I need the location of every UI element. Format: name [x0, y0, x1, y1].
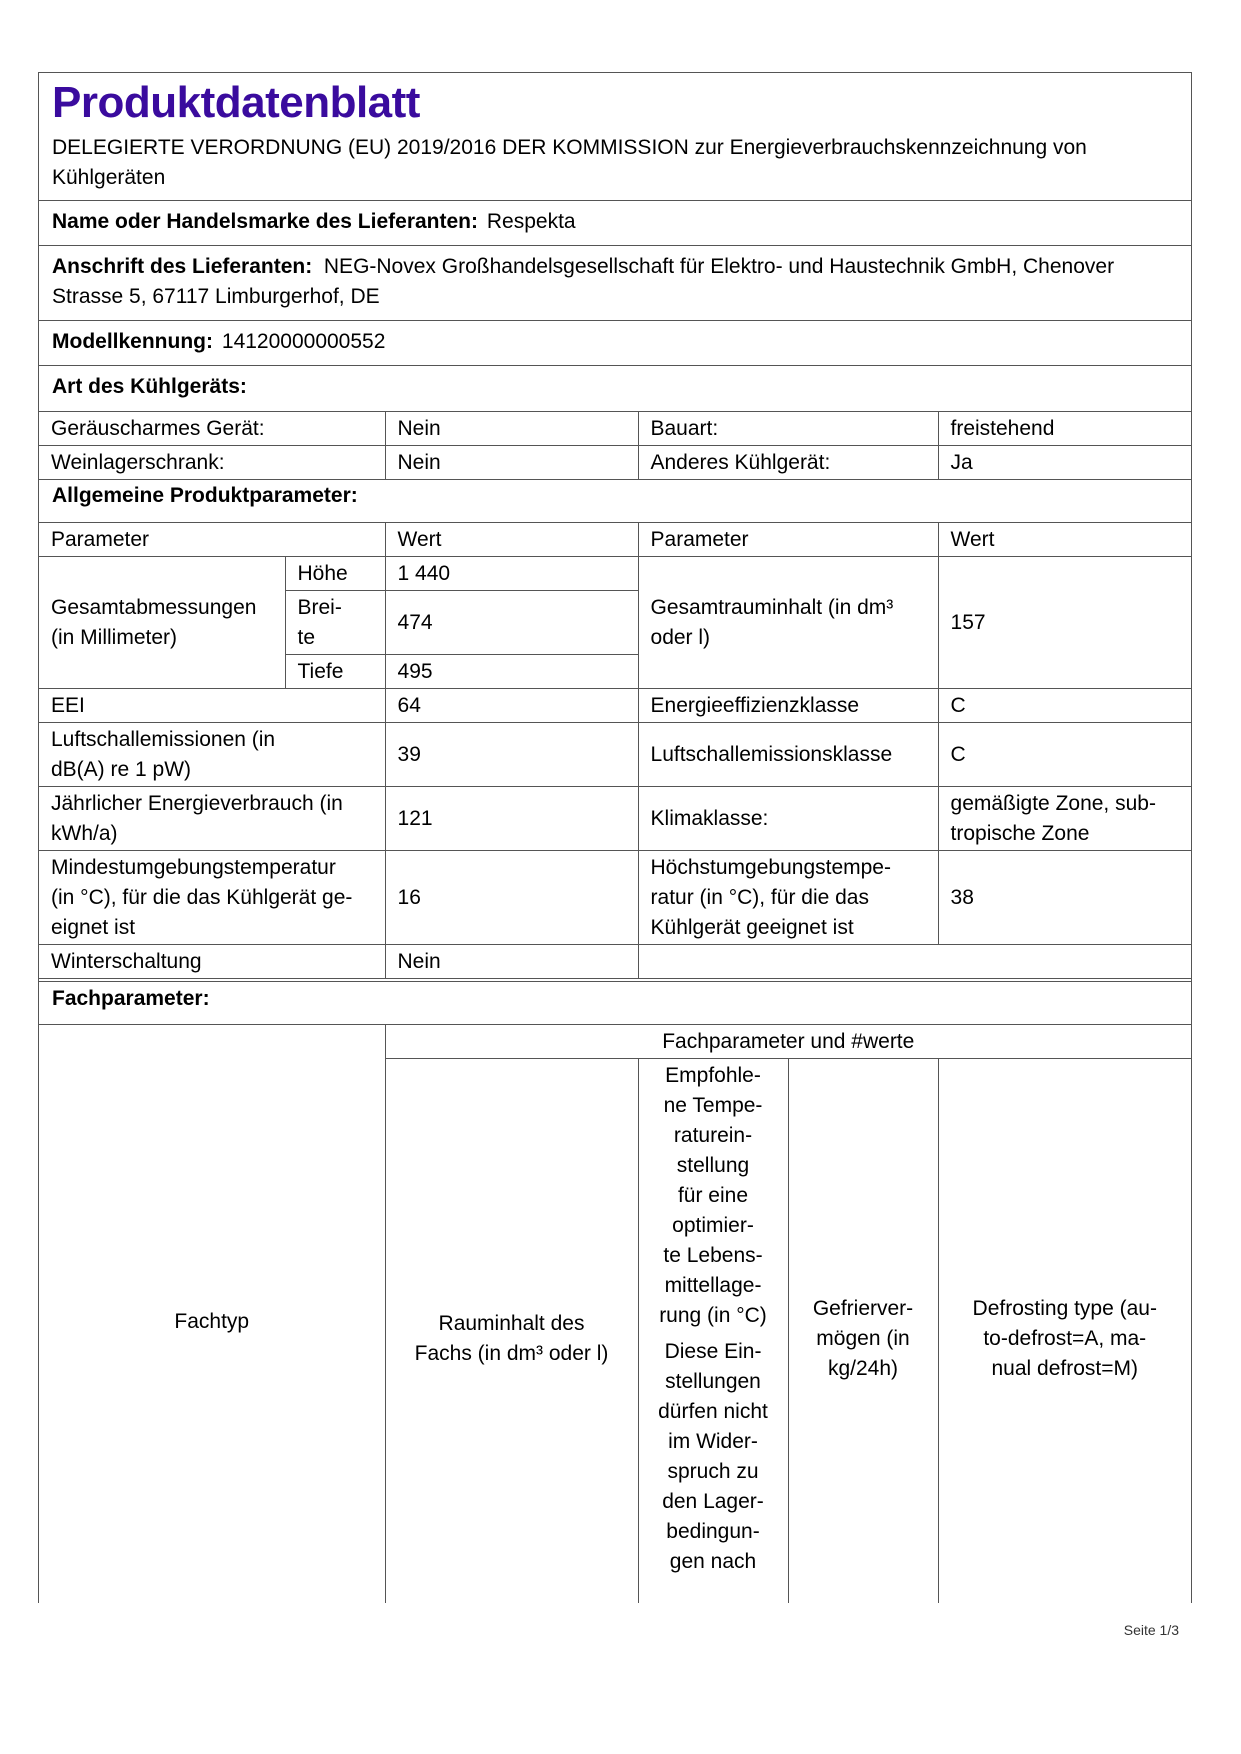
empty-cell — [638, 945, 1191, 979]
recommended-temp-line: raturein- — [647, 1121, 780, 1151]
noise-emission-label: Luftschallemissionen (in dB(A) re 1 pW) — [39, 723, 385, 787]
height-label: Höhe — [285, 557, 385, 591]
width-value: 474 — [385, 591, 638, 655]
supplier-address-row: Anschrift des Lieferanten: NEG-Novex Gro… — [39, 246, 1191, 321]
min-ambient-temp-label: Mindestumgebungstemperatur (in °C), für … — [39, 851, 385, 945]
wine-storage-value: Nein — [385, 446, 638, 480]
recommended-temp-line: rung (in °C) — [647, 1301, 780, 1331]
defrost-type-line: nual defrost=M) — [951, 1354, 1180, 1384]
general-params-heading-row: Allgemeine Produktparameter: — [39, 479, 1191, 523]
temp-note-line: spruch zu — [647, 1457, 780, 1487]
appliance-type-heading: Art des Kühlgeräts: — [52, 375, 247, 398]
design-type-value: freistehend — [938, 412, 1191, 446]
noise-emission-value: 39 — [385, 723, 638, 787]
table-header-row: Parameter Wert Parameter Wert — [39, 523, 1191, 557]
recommended-temp-header: Empfohle-ne Tempe-raturein-stellungfür e… — [638, 1059, 788, 1604]
table-row: Gesamtabmessungen (in Millimeter) Höhe 1… — [39, 557, 1191, 591]
freezing-capacity-line: kg/24h) — [797, 1354, 930, 1384]
annual-energy-label: Jährlicher Energieverbrauch (in kWh/a) — [39, 787, 385, 851]
wine-storage-label: Weinlagerschrank: — [39, 446, 385, 480]
freezing-capacity-header: Gefrierver-mögen (inkg/24h) — [788, 1059, 938, 1604]
winter-switch-label: Winterschaltung — [39, 945, 385, 979]
height-value: 1 440 — [385, 557, 638, 591]
temp-note-line: stellungen — [647, 1367, 780, 1397]
temp-note-line: gen nach — [647, 1547, 780, 1577]
other-appliance-label: Anderes Kühlgerät: — [638, 446, 938, 480]
header-value: Wert — [385, 523, 638, 557]
annual-energy-value: 121 — [385, 787, 638, 851]
energy-class-value: C — [938, 689, 1191, 723]
header-parameter-2: Parameter — [638, 523, 938, 557]
compartment-params-table: Fachtyp Fachparameter und #werte Rauminh… — [39, 1024, 1191, 1603]
width-label: Brei- te — [285, 591, 385, 655]
header-value-2: Wert — [938, 523, 1191, 557]
noise-class-label: Luftschallemissionsklasse — [638, 723, 938, 787]
temp-note-line: im Wider- — [647, 1427, 780, 1457]
general-params-table: Parameter Wert Parameter Wert Gesamtabme… — [39, 522, 1191, 979]
header-parameter: Parameter — [39, 523, 385, 557]
recommended-temp-line: te Lebens- — [647, 1241, 780, 1271]
defrost-type-line: Defrosting type (au- — [951, 1294, 1180, 1324]
supplier-name-value: Respekta — [487, 210, 576, 233]
table-row: Weinlagerschrank: Nein Anderes Kühlgerät… — [39, 446, 1191, 480]
dimensions-label: Gesamtabmessungen (in Millimeter) — [39, 557, 285, 689]
compartment-type-header: Fachtyp — [39, 1025, 385, 1604]
min-ambient-temp-value: 16 — [385, 851, 638, 945]
table-row: Luftschallemissionen (in dB(A) re 1 pW) … — [39, 723, 1191, 787]
compartment-group-header: Fachparameter und #werte — [385, 1025, 1191, 1059]
supplier-address-label: Anschrift des Lieferanten: — [52, 255, 312, 278]
table-header-row: Fachtyp Fachparameter und #werte — [39, 1025, 1191, 1059]
subtitle-line-2: Kühlgeräten — [52, 163, 1178, 193]
freezing-capacity-line: mögen (in — [797, 1324, 930, 1354]
table-row: Geräuscharmes Gerät: Nein Bauart: freist… — [39, 412, 1191, 446]
freezing-capacity-line: Gefrierver- — [797, 1294, 930, 1324]
design-type-label: Bauart: — [638, 412, 938, 446]
appliance-type-heading-row: Art des Kühlgeräts: — [39, 366, 1191, 412]
depth-label: Tiefe — [285, 655, 385, 689]
recommended-temp-line: optimier- — [647, 1211, 780, 1241]
table-row: Jährlicher Energieverbrauch (in kWh/a) 1… — [39, 787, 1191, 851]
supplier-name-label: Name oder Handelsmarke des Lieferanten: — [52, 210, 478, 233]
recommended-temp-line: stellung — [647, 1151, 780, 1181]
model-id-label: Modellkennung: — [52, 330, 213, 353]
regulation-subtitle: DELEGIERTE VERORDNUNG (EU) 2019/2016 DER… — [39, 131, 1191, 201]
eei-label: EEI — [39, 689, 385, 723]
defrost-type-header: Defrosting type (au-to-defrost=A, ma-nua… — [938, 1059, 1191, 1604]
compartment-volume-header: Rauminhalt des Fachs (in dm³ oder l) — [385, 1059, 638, 1604]
subtitle-line-1: DELEGIERTE VERORDNUNG (EU) 2019/2016 DER… — [52, 133, 1178, 163]
appliance-type-table: Geräuscharmes Gerät: Nein Bauart: freist… — [39, 411, 1191, 480]
temp-note-line: Diese Ein- — [647, 1337, 780, 1367]
recommended-temp-line: mittellage- — [647, 1271, 780, 1301]
supplier-name-row: Name oder Handelsmarke des Lieferanten: … — [39, 201, 1191, 246]
total-volume-value: 157 — [938, 557, 1191, 689]
recommended-temp-line: Empfohle- — [647, 1061, 780, 1091]
compartment-params-heading: Fachparameter: — [52, 987, 210, 1010]
total-volume-label: Gesamtrauminhalt (in dm³ oder l) — [638, 557, 938, 689]
temp-note-line: bedingun- — [647, 1517, 780, 1547]
depth-value: 495 — [385, 655, 638, 689]
low-noise-label: Geräuscharmes Gerät: — [39, 412, 385, 446]
page-number: Seite 1/3 — [1124, 1622, 1179, 1638]
climate-class-value: gemäßigte Zone, sub- tropische Zone — [938, 787, 1191, 851]
max-ambient-temp-label: Höchstumgebungstempe- ratur (in °C), für… — [638, 851, 938, 945]
temp-note-line: dürfen nicht — [647, 1397, 780, 1427]
general-params-heading: Allgemeine Produktparameter: — [52, 484, 358, 507]
product-data-sheet: Produktdatenblatt DELEGIERTE VERORDNUNG … — [38, 72, 1192, 1603]
table-row: Winterschaltung Nein — [39, 945, 1191, 979]
page-title: Produktdatenblatt — [39, 81, 1191, 131]
other-appliance-value: Ja — [938, 446, 1191, 480]
climate-class-label: Klimaklasse: — [638, 787, 938, 851]
supplier-address-line-2: Strasse 5, 67117 Limburgerhof, DE — [52, 282, 1178, 312]
model-id-value: 14120000000552 — [222, 330, 386, 353]
max-ambient-temp-value: 38 — [938, 851, 1191, 945]
eei-value: 64 — [385, 689, 638, 723]
compartment-params-heading-row: Fachparameter: — [39, 981, 1191, 1025]
defrost-type-line: to-defrost=A, ma- — [951, 1324, 1180, 1354]
table-row: EEI 64 Energieeffizienzklasse C — [39, 689, 1191, 723]
recommended-temp-line: für eine — [647, 1181, 780, 1211]
low-noise-value: Nein — [385, 412, 638, 446]
temp-note-line: den Lager- — [647, 1487, 780, 1517]
recommended-temp-line: ne Tempe- — [647, 1091, 780, 1121]
noise-class-value: C — [938, 723, 1191, 787]
table-row: Mindestumgebungstemperatur (in °C), für … — [39, 851, 1191, 945]
supplier-address-line-1: NEG-Novex Großhandelsgesellschaft für El… — [324, 255, 1114, 278]
winter-switch-value: Nein — [385, 945, 638, 979]
energy-class-label: Energieeffizienzklasse — [638, 689, 938, 723]
model-id-row: Modellkennung: 14120000000552 — [39, 321, 1191, 366]
